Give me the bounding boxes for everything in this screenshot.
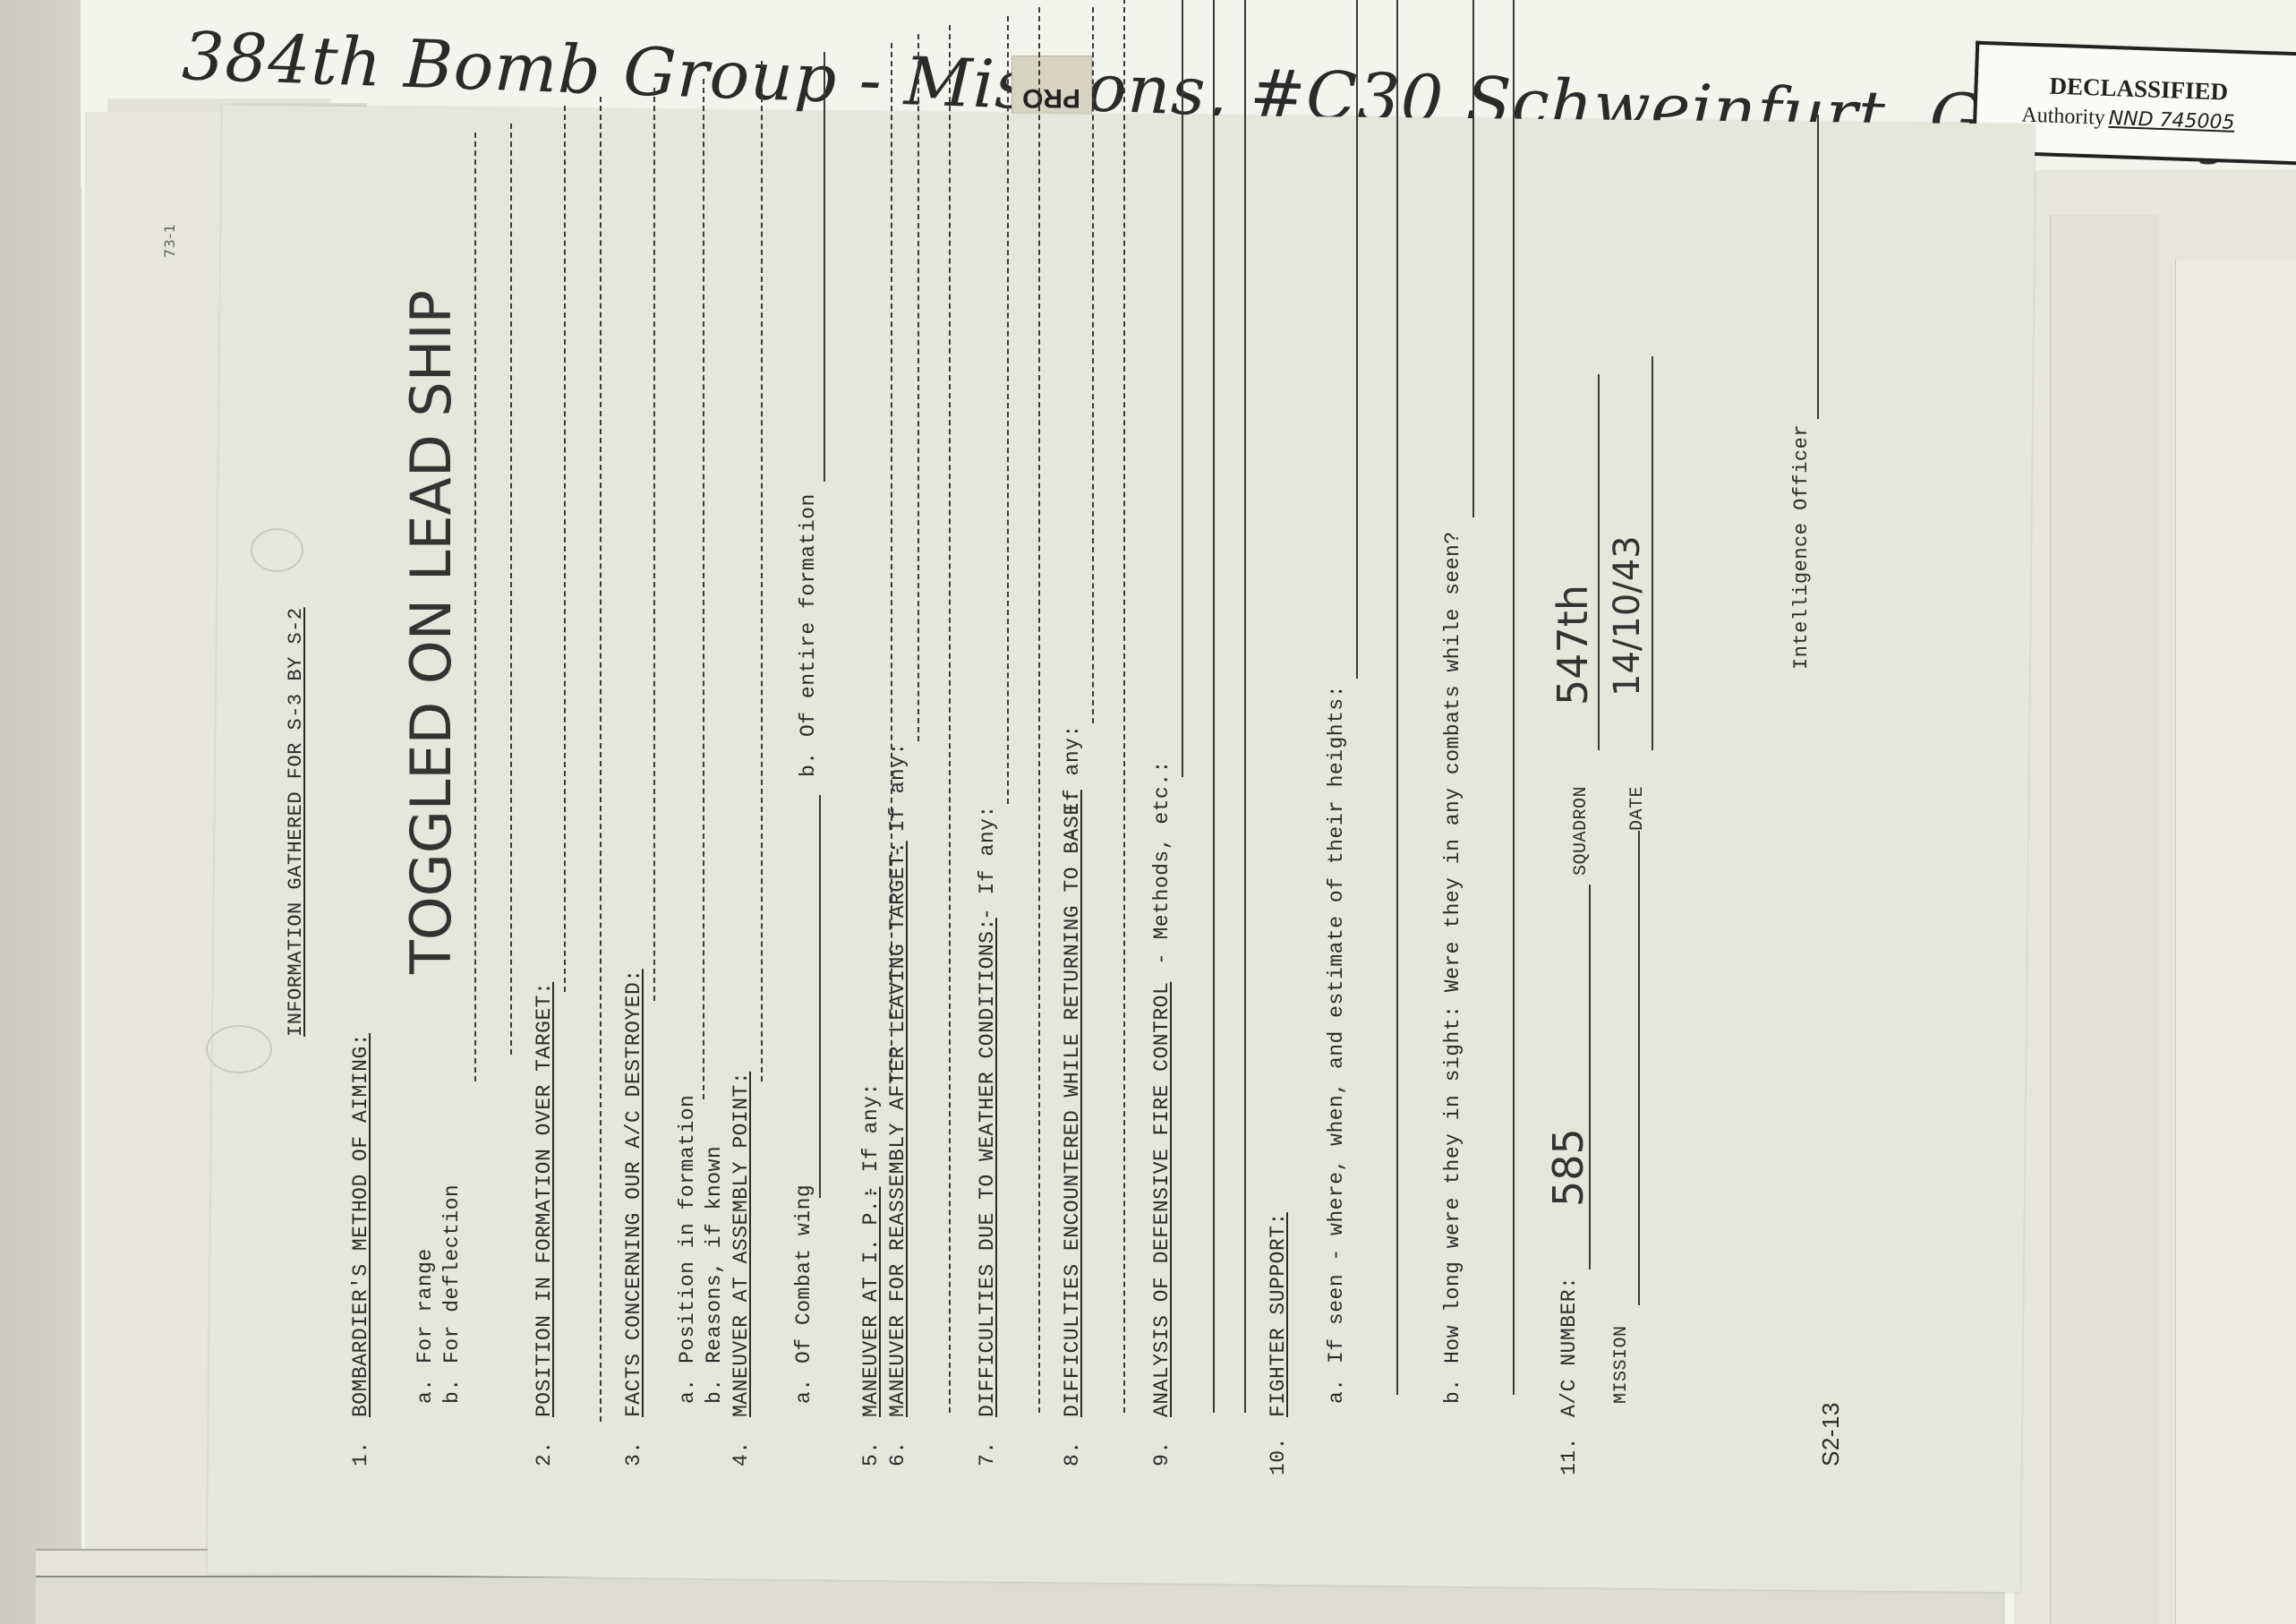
declassified-authority: AuthorityNND 745005: [2021, 104, 2235, 135]
authority-value: NND 745005: [2108, 107, 2235, 134]
form-title: INFORMATION GATHERED FOR S-3 BY S-2: [285, 607, 307, 1037]
date-label: DATE: [1627, 786, 1648, 831]
item-label: BOMBARDIER'S METHOD OF AIMING:: [349, 1033, 372, 1417]
form-content: 73-1 INFORMATION GATHERED FOR S-3 BY S-2…: [215, 115, 2027, 1583]
item-number: 1.: [349, 1440, 372, 1466]
signature-label: Intelligence Officer: [1790, 424, 1813, 670]
stacked-pages-right-edge: [2175, 260, 2296, 1624]
stacked-pages-left: [85, 112, 229, 1580]
squadron-handwritten: 547th: [1549, 585, 1597, 705]
ac-number-handwritten: 585: [1544, 1128, 1592, 1207]
answer-line: [474, 132, 476, 1081]
stacked-pages-right-edge: [2050, 215, 2158, 1624]
corner-mark: 73-1: [161, 224, 178, 258]
signature-line: [1817, 115, 1819, 419]
date-handwritten: 14/10/43: [1607, 535, 1648, 697]
pro-tab-label: PRO: [1022, 82, 1080, 113]
squadron-label: SQUADRON: [1571, 786, 1592, 876]
form-number: S2-13: [1817, 1402, 1845, 1466]
ac-number-label: A/C NUMBER:: [1558, 1277, 1581, 1417]
declassified-heading: DECLASSIFIED: [2049, 73, 2229, 107]
mission-label: MISSION: [1611, 1325, 1632, 1404]
deflection-answer-handwritten: TOGGLED ON LEAD SHIP: [398, 290, 464, 974]
